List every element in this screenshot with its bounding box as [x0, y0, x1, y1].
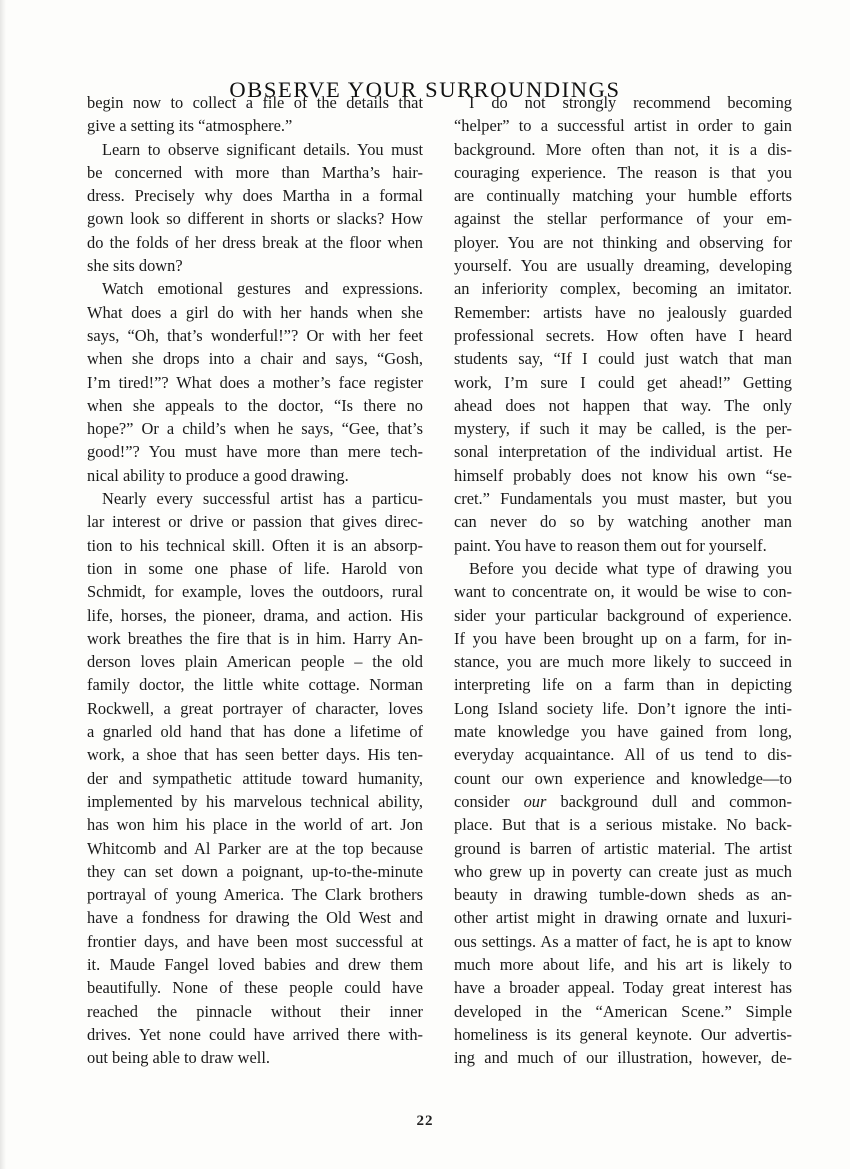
- text-line: drives. Yet none could have arrived ther…: [87, 1023, 423, 1046]
- text-line: place. But that is a serious mistake. No…: [454, 813, 792, 836]
- text-line: a gnarled old hand that has done a lifet…: [87, 720, 423, 743]
- text-line: Schmidt, for example, loves the outdoors…: [87, 580, 423, 603]
- text-line: paint. You have to reason them out for y…: [454, 534, 792, 557]
- text-line: beautifully. None of these people could …: [87, 976, 423, 999]
- text-line: nical ability to produce a good drawing.: [87, 464, 423, 487]
- left-column: begin now to collect a file of the detai…: [87, 91, 423, 1069]
- text-line: be concerned with more than Martha’s hai…: [87, 161, 423, 184]
- text-line: ing and much of our illustration, howeve…: [454, 1046, 792, 1069]
- text-line: portrayal of young America. The Clark br…: [87, 883, 423, 906]
- text-line: hope?” Or a child’s when he says, “Gee, …: [87, 417, 423, 440]
- page-number: 22: [0, 1113, 850, 1130]
- text-line: professional secrets. How often have I h…: [454, 324, 792, 347]
- text-line: mate knowledge you have gained from long…: [454, 720, 792, 743]
- text-line: frontier days, and have been most succes…: [87, 930, 423, 953]
- text-line: have a broader appeal. Today great inter…: [454, 976, 792, 999]
- text-line: do the folds of her dress break at the f…: [87, 231, 423, 254]
- text-line: Rockwell, a great portrayer of character…: [87, 697, 423, 720]
- text-line: interpreting life on a farm than in depi…: [454, 673, 792, 696]
- text-line: ahead does not happen that way. The only: [454, 394, 792, 417]
- text-line: reached the pinnacle without their inner: [87, 1000, 423, 1023]
- text-line: I do not strongly recommend becoming: [454, 91, 792, 114]
- text-line: Remember: artists have no jealously guar…: [454, 301, 792, 324]
- text-line: has won him his place in the world of ar…: [87, 813, 423, 836]
- text-line: they can set down a poignant, up-to-the-…: [87, 860, 423, 883]
- text-line: give a setting its “atmosphere.”: [87, 114, 423, 137]
- text-line: she sits down?: [87, 254, 423, 277]
- text-line: ground is barren of artistic material. T…: [454, 837, 792, 860]
- text-line: “helper” to a successful artist in order…: [454, 114, 792, 137]
- text-line: when she drops into a chair and says, “G…: [87, 347, 423, 370]
- text-line: an inferiority complex, becoming an imit…: [454, 277, 792, 300]
- text-line: Whitcomb and Al Parker are at the top be…: [87, 837, 423, 860]
- text-line: implemented by his marvelous technical a…: [87, 790, 423, 813]
- emphasis-word: our: [524, 792, 547, 811]
- text-line: stance, you are much more likely to succ…: [454, 650, 792, 673]
- text-line: family doctor, the little white cottage.…: [87, 673, 423, 696]
- text-line: Before you decide what type of drawing y…: [454, 557, 792, 580]
- text-line: Long Island society life. Don’t ignore t…: [454, 697, 792, 720]
- text-line: gown look so different in shorts or slac…: [87, 207, 423, 230]
- text-line: tion to his technical skill. Often it is…: [87, 534, 423, 557]
- text-line: What does a girl do with her hands when …: [87, 301, 423, 324]
- text-line: ployer. You are not thinking and observi…: [454, 231, 792, 254]
- text-line: who grew up in poverty can create just a…: [454, 860, 792, 883]
- text-line: cret.” Fundamentals you must master, but…: [454, 487, 792, 510]
- text-line: it. Maude Fangel loved babies and drew t…: [87, 953, 423, 976]
- text-line: count our own experience and knowledge—t…: [454, 767, 792, 790]
- text-line: If you have been brought up on a farm, f…: [454, 627, 792, 650]
- text-line: beauty in drawing tumble-down sheds as a…: [454, 883, 792, 906]
- text-line: yourself. You are usually dreaming, deve…: [454, 254, 792, 277]
- text-line: I’m tired!”? What does a mother’s face r…: [87, 371, 423, 394]
- text-line: mystery, if such it may be called, is th…: [454, 417, 792, 440]
- text-line: begin now to collect a file of the detai…: [87, 91, 423, 114]
- text-line: Learn to observe significant details. Yo…: [87, 138, 423, 161]
- text-line: developed in the “American Scene.” Simpl…: [454, 1000, 792, 1023]
- right-column: I do not strongly recommend becoming“hel…: [454, 91, 792, 1069]
- text-line: work breathes the fire that is in him. H…: [87, 627, 423, 650]
- text-line: are continually matching your humble eff…: [454, 184, 792, 207]
- text-line: says, “Oh, that’s wonderful!”? Or with h…: [87, 324, 423, 347]
- text-line: good!”? You must have more than mere tec…: [87, 440, 423, 463]
- text-line: much more about life, and his art is lik…: [454, 953, 792, 976]
- text-line: have a fondness for drawing the Old West…: [87, 906, 423, 929]
- text-line: Watch emotional gestures and expressions…: [87, 277, 423, 300]
- text-line: dress. Precisely why does Martha in a fo…: [87, 184, 423, 207]
- text-line: students say, “If I could just watch tha…: [454, 347, 792, 370]
- text-line: Nearly every successful artist has a par…: [87, 487, 423, 510]
- text-line: homeliness is its general keynote. Our a…: [454, 1023, 792, 1046]
- text-line: background. More often than not, it is a…: [454, 138, 792, 161]
- text-line: want to concentrate on, it would be wise…: [454, 580, 792, 603]
- text-line: sider your particular background of expe…: [454, 604, 792, 627]
- text-line: tion in some one phase of life. Harold v…: [87, 557, 423, 580]
- text-line: against the stellar performance of your …: [454, 207, 792, 230]
- text-line: work, a shoe that has seen better days. …: [87, 743, 423, 766]
- text-line: lar interest or drive or passion that gi…: [87, 510, 423, 533]
- text-line: work, I’m sure I could get ahead!” Getti…: [454, 371, 792, 394]
- text-line: everyday acquaintance. All of us tend to…: [454, 743, 792, 766]
- text-line: ous settings. As a matter of fact, he is…: [454, 930, 792, 953]
- text-line: life, horses, the pioneer, drama, and ac…: [87, 604, 423, 627]
- text-line: can never do so by watching another man: [454, 510, 792, 533]
- text-line: der and sympathetic attitude toward huma…: [87, 767, 423, 790]
- text-line: himself probably does not know his own “…: [454, 464, 792, 487]
- page-binding-edge: [0, 0, 6, 1169]
- text-line: other artist might in drawing ornate and…: [454, 906, 792, 929]
- text-line: couraging experience. The reason is that…: [454, 161, 792, 184]
- text-line: derson loves plain American people – the…: [87, 650, 423, 673]
- text-line: out being able to draw well.: [87, 1046, 423, 1069]
- text-line: sonal interpretation of the individual a…: [454, 440, 792, 463]
- text-line: consider our background dull and common-: [454, 790, 792, 813]
- text-line: when she appeals to the doctor, “Is ther…: [87, 394, 423, 417]
